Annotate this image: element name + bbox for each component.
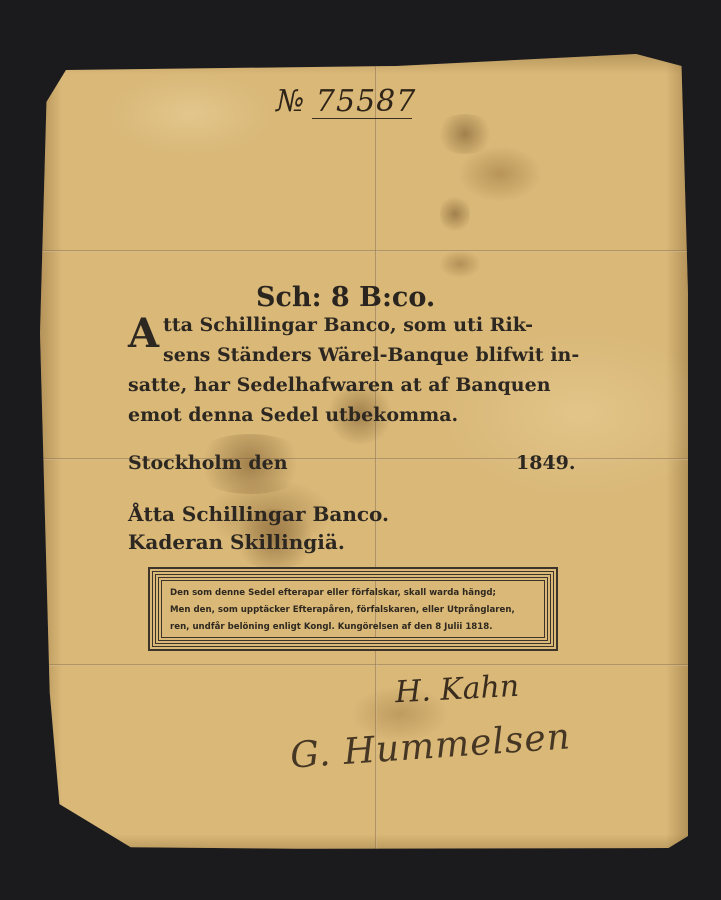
fold-line bbox=[40, 250, 688, 252]
promise-line: satte, har Sedelhafwaren at af Banquen bbox=[128, 370, 608, 400]
signature-1: H. Kahn bbox=[394, 669, 520, 710]
warning-text: Den som denne Sedel efterapar eller förf… bbox=[170, 585, 542, 636]
warning-line: Men den, som upptäcker Efterapåren, förf… bbox=[170, 602, 542, 619]
promise-line: tta Schillingar Banco, som uti Rik- bbox=[128, 310, 608, 340]
warning-line: Den som denne Sedel efterapar eller förf… bbox=[170, 585, 542, 602]
place: Stockholm den bbox=[128, 452, 288, 474]
fold-line bbox=[40, 664, 688, 666]
counterfeit-warning-box: Den som denne Sedel efterapar eller förf… bbox=[148, 567, 558, 651]
serial-underline bbox=[312, 118, 412, 119]
promise-line: emot denna Sedel utbekomma. bbox=[128, 400, 608, 430]
amount-swedish: Åtta Schillingar Banco. bbox=[128, 500, 389, 528]
denomination-header: Sch: 8 B:co. bbox=[256, 282, 435, 313]
serial-number: № 75587 bbox=[276, 84, 416, 119]
decorated-initial: A bbox=[128, 314, 159, 354]
warning-line: ren, undfår belöning enligt Kongl. Kungö… bbox=[170, 619, 542, 636]
amount-finnish: Kaderan Skillingiä. bbox=[128, 528, 389, 556]
stain bbox=[440, 194, 470, 234]
banknote-paper: № 75587 Sch: 8 B:co. A tta Schillingar B… bbox=[40, 54, 688, 852]
place-date-line: Stockholm den 1849. bbox=[128, 452, 568, 474]
promise-line: sens Ständers Wärel-Banque blifwit in- bbox=[128, 340, 608, 370]
signature-2: G. Hummelsen bbox=[289, 716, 572, 777]
year: 1849. bbox=[516, 452, 576, 474]
amount-in-words: Åtta Schillingar Banco. Kaderan Skilling… bbox=[128, 500, 389, 556]
promise-text: A tta Schillingar Banco, som uti Rik- se… bbox=[128, 310, 608, 430]
stain bbox=[435, 114, 495, 154]
